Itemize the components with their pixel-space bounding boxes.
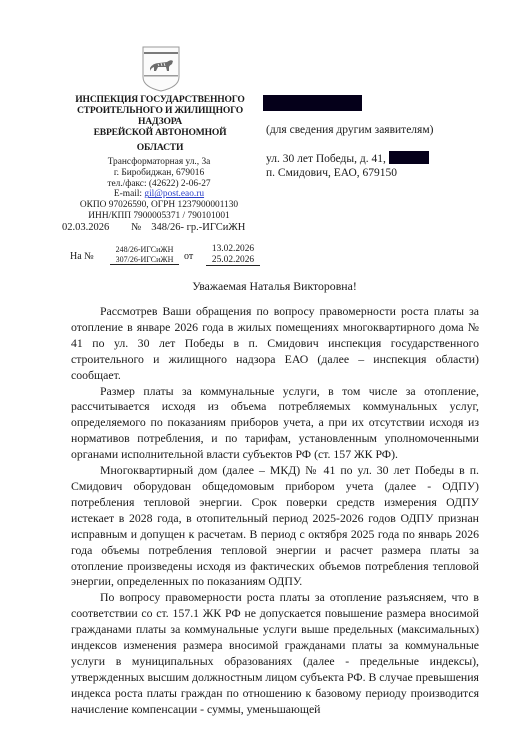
org-email-row: E-mail: gil@post.eao.ru — [62, 189, 256, 200]
greeting: Уважаемая Наталья Викторовна! — [0, 279, 515, 294]
org-title-line: СТРОИТЕЛЬНОГО И ЖИЛИЩНОГО — [62, 105, 258, 116]
paragraph: Размер платы за коммунальные услуги, в т… — [71, 384, 479, 464]
addressee-city: п. Смидович, ЕАО, 679150 — [266, 166, 429, 180]
org-title-line: ОБЛАСТИ — [62, 142, 258, 153]
outgoing-number: 348/26- гр.-ИГСиЖН — [151, 222, 245, 233]
reference-number: 307/26-ИГСиЖН — [110, 255, 179, 265]
org-okpo-ogrn: ОКПО 97026590, ОГРН 1237900001130 — [62, 200, 256, 211]
organization-title: ИНСПЕКЦИЯ ГОСУДАРСТВЕННОГО СТРОИТЕЛЬНОГО… — [62, 94, 258, 153]
redacted-apartment — [389, 151, 429, 164]
reference-label: На № — [70, 251, 94, 262]
org-title-line: ИНСПЕКЦИЯ ГОСУДАРСТВЕННОГО — [62, 94, 258, 105]
email-label: E-mail: — [114, 189, 144, 199]
paragraph: Рассмотрев Ваши обращения по вопросу пра… — [71, 304, 479, 384]
paragraph: Многоквартирный дом (далее – МКД) № 41 п… — [71, 463, 479, 590]
paragraph: По вопросу правомерности роста платы за … — [71, 590, 479, 717]
org-phone: тел./факс: (42622) 2-06-27 — [62, 179, 256, 190]
organization-contacts: Трансформаторная ул., 3а г. Биробиджан, … — [62, 157, 256, 222]
addressee-address-line: ул. 30 лет Победы, д. 41, — [266, 151, 429, 166]
org-title-line: ЕВРЕЙСКОЙ АВТОНОМНОЙ — [62, 127, 258, 138]
org-address-street: Трансформаторная ул., 3а — [62, 157, 256, 168]
coat-of-arms-icon — [141, 45, 181, 93]
org-inn-kpp: ИНН/КПП 7900005371 / 790101001 — [62, 211, 256, 222]
reference-from-label: от — [184, 251, 193, 262]
reference-dates: 13.02.2026 25.02.2026 — [206, 244, 260, 266]
letter-body: Рассмотрев Ваши обращения по вопросу пра… — [71, 304, 479, 718]
addressee-street: ул. 30 лет Победы, д. 41, — [266, 153, 386, 165]
outgoing-date: 02.03.2026 — [62, 222, 109, 233]
outgoing-registration: 02.03.2026№348/26- гр.-ИГСиЖН — [62, 222, 245, 234]
addressee-note: (для сведения другим заявителям) — [266, 124, 433, 136]
reference-number: 248/26-ИГСиЖН — [110, 245, 179, 255]
org-title-line: НАДЗОРА — [62, 116, 258, 127]
outgoing-number-sign: № — [131, 222, 141, 233]
org-address-city: г. Биробиджан, 679016 — [62, 168, 256, 179]
email-link[interactable]: gil@post.eao.ru — [144, 189, 204, 199]
redacted-addressee-name — [263, 95, 362, 111]
reference-numbers: 248/26-ИГСиЖН 307/26-ИГСиЖН — [110, 245, 179, 265]
addressee-address: ул. 30 лет Победы, д. 41, п. Смидович, Е… — [266, 151, 429, 180]
reference-date: 13.02.2026 — [206, 244, 260, 255]
reference-date: 25.02.2026 — [206, 255, 260, 266]
